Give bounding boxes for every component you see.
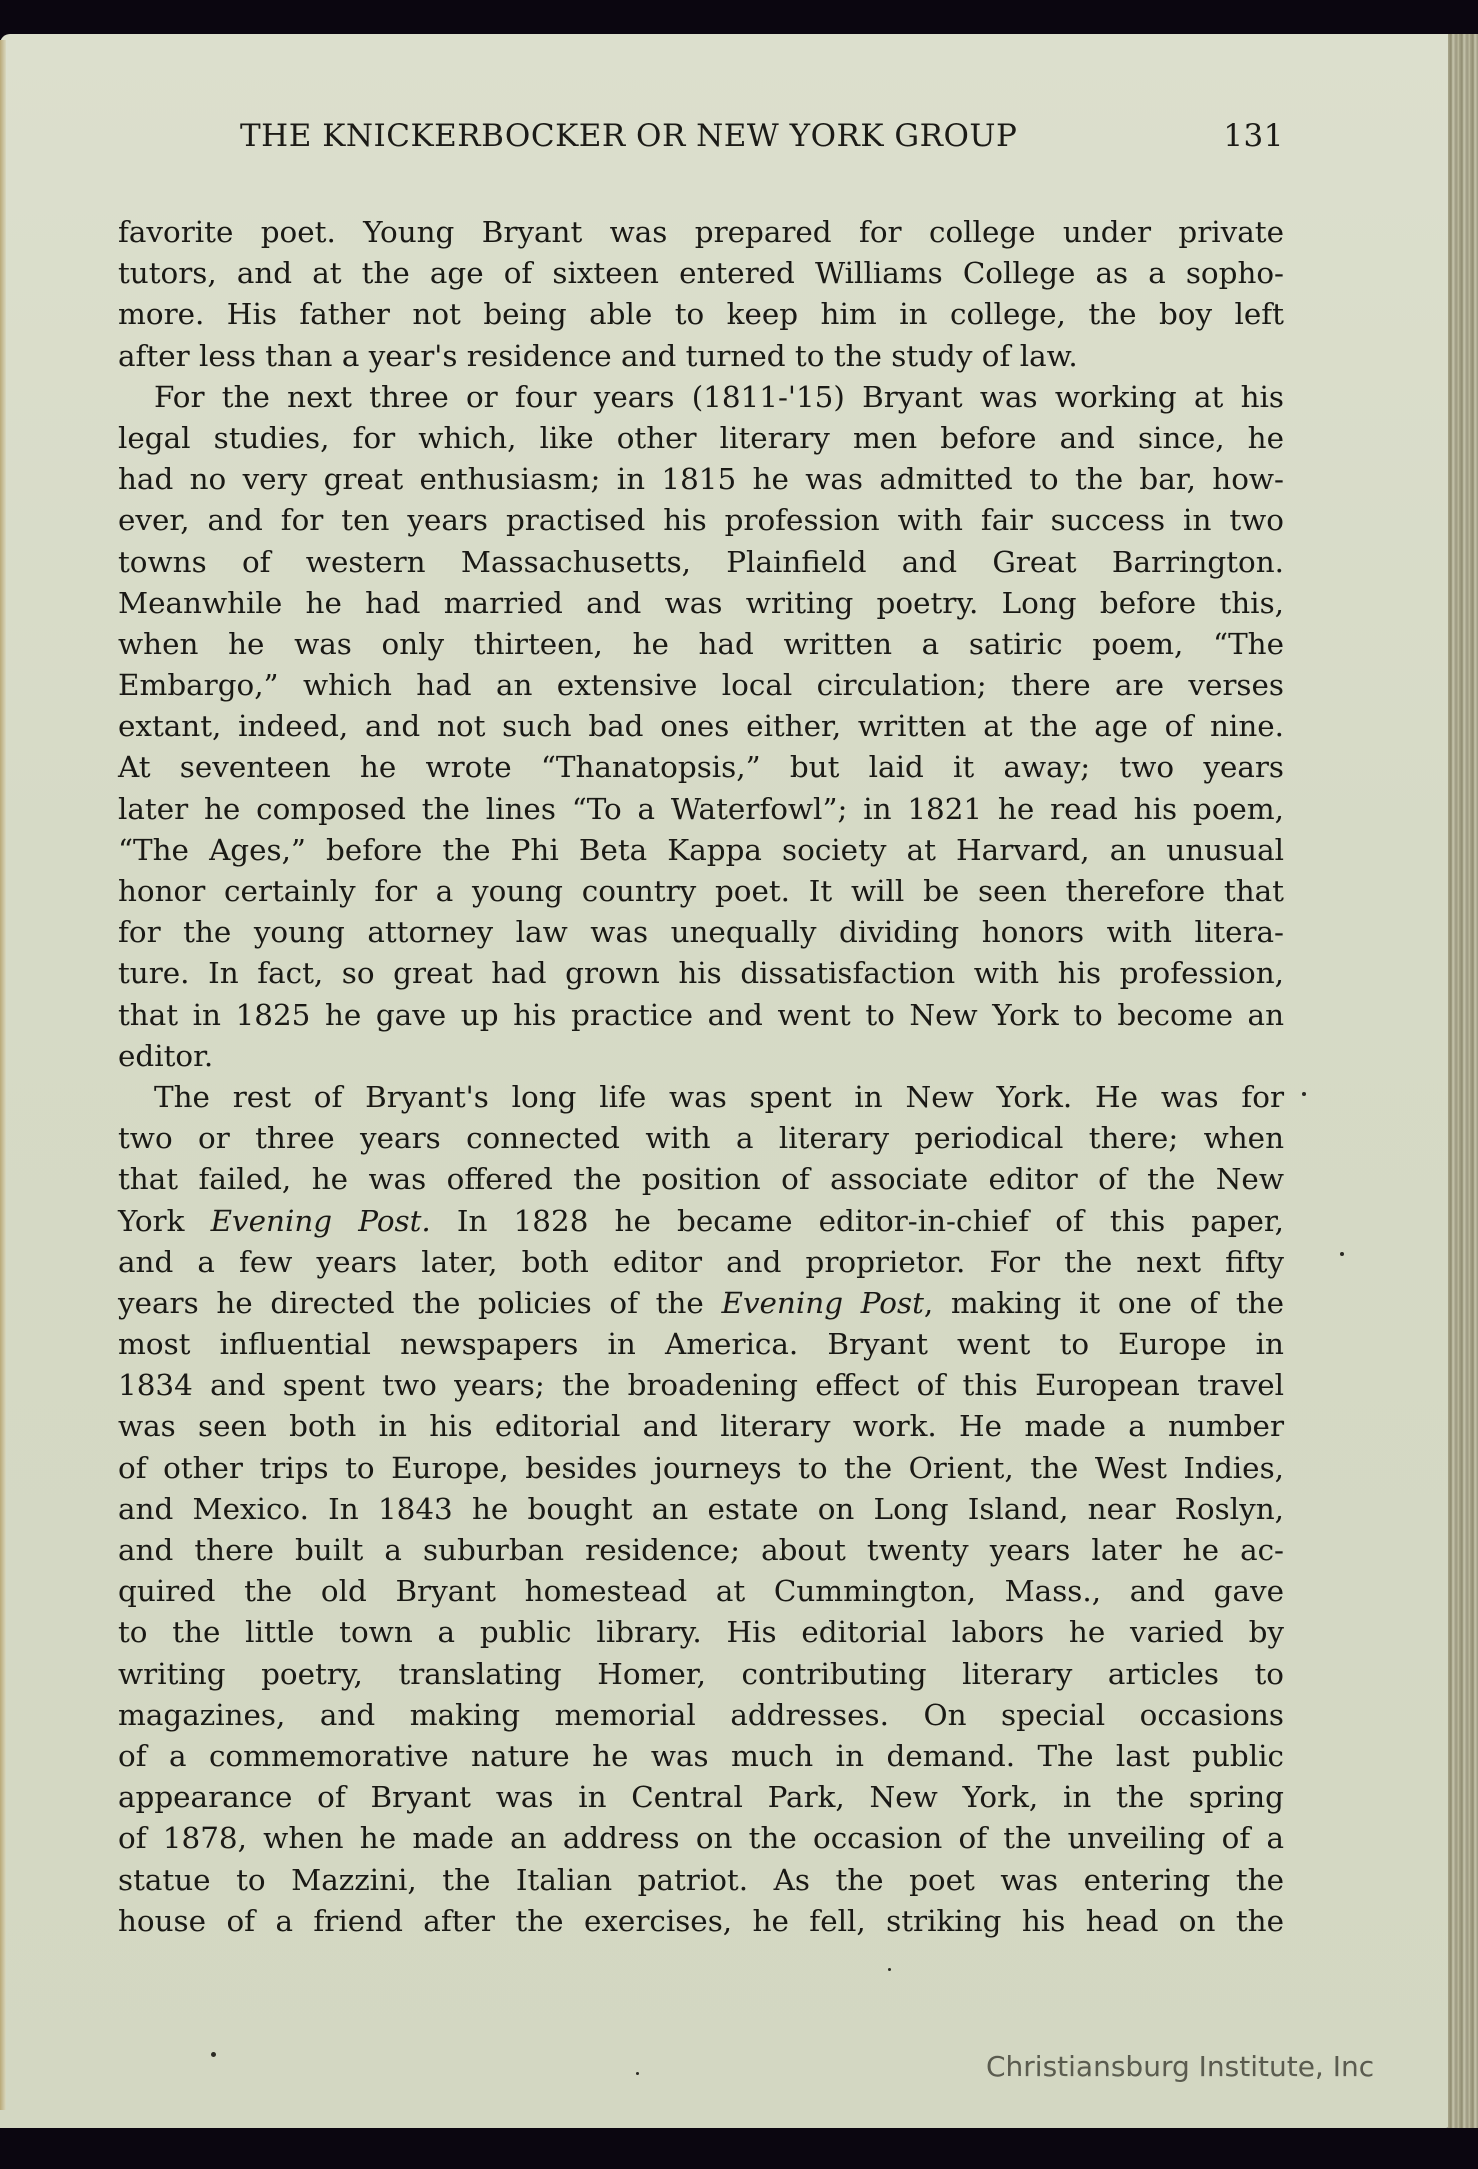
text-line: towns of western Massachusetts, Plainfie…	[118, 542, 1284, 583]
italic-title: Evening Post.	[211, 1204, 431, 1238]
text-line: favorite poet. Young Bryant was prepared…	[118, 212, 1284, 253]
text-line: when he was only thirteen, he had writte…	[118, 624, 1284, 665]
running-header: THE KNICKERBOCKER OR NEW YORK GROUP 131	[240, 118, 1284, 154]
text-line: later he composed the lines “To a Waterf…	[118, 789, 1284, 830]
text-line: tutors, and at the age of sixteen entere…	[118, 253, 1284, 294]
text-line: appearance of Bryant was in Central Park…	[118, 1777, 1284, 1818]
text-line: most influential newspapers in America. …	[118, 1324, 1284, 1365]
text-line: had no very great enthusiasm; in 1815 he…	[118, 459, 1284, 500]
text-line: ever, and for ten years practised his pr…	[118, 500, 1284, 541]
text-line: two or three years connected with a lite…	[118, 1118, 1284, 1159]
text-line: At seventeen he wrote “Thanatopsis,” but…	[118, 747, 1284, 788]
text-run: In 1828 he became editor-in-chief of thi…	[431, 1204, 1284, 1238]
text-line: and Mexico. In 1843 he bought an estate …	[118, 1489, 1284, 1530]
text-line: house of a friend after the exercises, h…	[118, 1901, 1284, 1942]
text-line: and a few years later, both editor and p…	[118, 1242, 1284, 1283]
page-stack-edge	[1448, 34, 1478, 2128]
text-line: “The Ages,” before the Phi Beta Kappa so…	[118, 830, 1284, 871]
text-line: ture. In fact, so great had grown his di…	[118, 953, 1284, 994]
page-left-edge	[0, 40, 6, 2110]
text-line: for the young attorney law was unequally…	[118, 912, 1284, 953]
text-line: 1834 and spent two years; the broadening…	[118, 1365, 1284, 1406]
text-line: to the little town a public library. His…	[118, 1612, 1284, 1653]
body-text: favorite poet. Young Bryant was prepared…	[118, 212, 1284, 1942]
paper-speck	[1340, 1252, 1344, 1256]
text-line: Meanwhile he had married and was writing…	[118, 583, 1284, 624]
page-number: 131	[1223, 118, 1284, 154]
text-line: quired the old Bryant homestead at Cummi…	[118, 1571, 1284, 1612]
text-line: and there built a suburban residence; ab…	[118, 1530, 1284, 1571]
italic-title: Evening Post	[721, 1286, 923, 1320]
text-line: years he directed the policies of the Ev…	[118, 1283, 1284, 1324]
text-line: was seen both in his editorial and liter…	[118, 1406, 1284, 1447]
paper-speck	[636, 2072, 639, 2075]
text-line: more. His father not being able to keep …	[118, 294, 1284, 335]
text-line: legal studies, for which, like other lit…	[118, 418, 1284, 459]
running-title: THE KNICKERBOCKER OR NEW YORK GROUP	[240, 118, 1017, 154]
text-run: York	[118, 1204, 211, 1238]
paper-speck	[1302, 1092, 1306, 1096]
text-line: York Evening Post. In 1828 he became edi…	[118, 1201, 1284, 1242]
text-line: Embargo,” which had an extensive local c…	[118, 665, 1284, 706]
text-line: that in 1825 he gave up his practice and…	[118, 995, 1284, 1036]
text-run: years he directed the policies of the	[118, 1286, 721, 1320]
text-line: of other trips to Europe, besides journe…	[118, 1448, 1284, 1489]
text-line: statue to Mazzini, the Italian patriot. …	[118, 1860, 1284, 1901]
text-line: of a commemorative nature he was much in…	[118, 1736, 1284, 1777]
text-line: For the next three or four years (1811-'…	[118, 377, 1284, 418]
text-line: The rest of Bryant's long life was spent…	[118, 1077, 1284, 1118]
paper-speck	[888, 1968, 891, 1971]
text-run: , making it one of the	[924, 1286, 1284, 1320]
watermark: Christiansburg Institute, Inc	[986, 2050, 1374, 2083]
text-line: that failed, he was offered the position…	[118, 1159, 1284, 1200]
text-line: honor certainly for a young country poet…	[118, 871, 1284, 912]
paper-speck	[211, 2052, 216, 2057]
text-line: writing poetry, translating Homer, contr…	[118, 1654, 1284, 1695]
text-line: magazines, and making memorial addresses…	[118, 1695, 1284, 1736]
text-line: extant, indeed, and not such bad ones ei…	[118, 706, 1284, 747]
text-line: of 1878, when he made an address on the …	[118, 1818, 1284, 1859]
text-line: after less than a year's residence and t…	[118, 336, 1284, 377]
text-line: editor.	[118, 1036, 1284, 1077]
